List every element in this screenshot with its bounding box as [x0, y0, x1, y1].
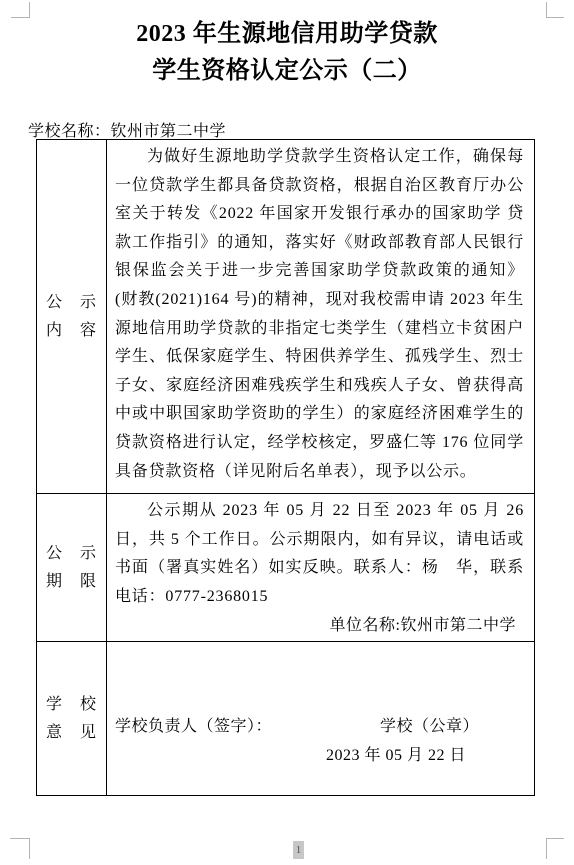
margin-crop-mark-bottom-right — [546, 838, 564, 859]
cell-notice-content: 为做好生源地助学贷款学生资格认定工作，确保每一位贷款学生都具备贷款资格，根据自治… — [107, 140, 535, 494]
notice-table: 公 示 内 容 为做好生源地助学贷款学生资格认定工作，确保每一位贷款学生都具备贷… — [36, 139, 535, 796]
table-row-notice-period: 公 示 期 限 公示期从 2023 年 05 月 22 日至 2023 年 05… — [37, 494, 535, 642]
table-row-notice-content: 公 示 内 容 为做好生源地助学贷款学生资格认定工作，确保每一位贷款学生都具备贷… — [37, 140, 535, 494]
row-label-line: 公 示 — [37, 289, 106, 317]
notice-title-line-2: 学生资格认定公示（二） — [0, 53, 574, 90]
table-row-school-opinion: 学 校 意 见 学校负责人（签字）： 学校（公章） 2023 年 05 月 22… — [37, 642, 535, 796]
unit-name-line: 单位名称:钦州市第二中学 — [107, 611, 534, 640]
signature-line: 学校负责人（签字）： 学校（公章） — [107, 642, 534, 741]
school-name-line: 学校名称：钦州市第二中学 — [28, 118, 226, 141]
margin-crop-mark-bottom-left — [10, 838, 30, 859]
cell-school-opinion: 学校负责人（签字）： 学校（公章） 2023 年 05 月 22 日 — [107, 642, 535, 796]
page-number-field: 1 — [293, 841, 304, 859]
notice-title-line-1: 2023 年生源地信用助学贷款 — [0, 16, 574, 53]
row-label-line: 学 校 — [37, 691, 106, 719]
notice-period-paragraph: 公示期从 2023 年 05 月 22 日至 2023 年 05 月 26 日，… — [115, 497, 524, 611]
row-label-school-opinion: 学 校 意 见 — [37, 642, 107, 796]
principal-signature-label: 学校负责人（签字）： — [115, 712, 272, 741]
notice-content-paragraph: 为做好生源地助学贷款学生资格认定工作，确保每一位贷款学生都具备贷款资格，根据自治… — [115, 143, 524, 486]
row-label-notice-content: 公 示 内 容 — [37, 140, 107, 494]
row-label-notice-period: 公 示 期 限 — [37, 494, 107, 642]
school-stamp-label: 学校（公章） — [380, 712, 479, 741]
row-label-line: 公 示 — [37, 540, 106, 568]
row-label-line: 期 限 — [37, 568, 106, 596]
row-label-line: 意 见 — [37, 719, 106, 747]
opinion-date-line: 2023 年 05 月 22 日 — [107, 741, 534, 770]
notice-title: 2023 年生源地信用助学贷款 学生资格认定公示（二） — [0, 16, 574, 90]
document-page: 2023 年生源地信用助学贷款 学生资格认定公示（二） 学校名称：钦州市第二中学… — [0, 0, 574, 865]
row-label-line: 内 容 — [37, 317, 106, 345]
cell-notice-period: 公示期从 2023 年 05 月 22 日至 2023 年 05 月 26 日，… — [107, 494, 535, 642]
